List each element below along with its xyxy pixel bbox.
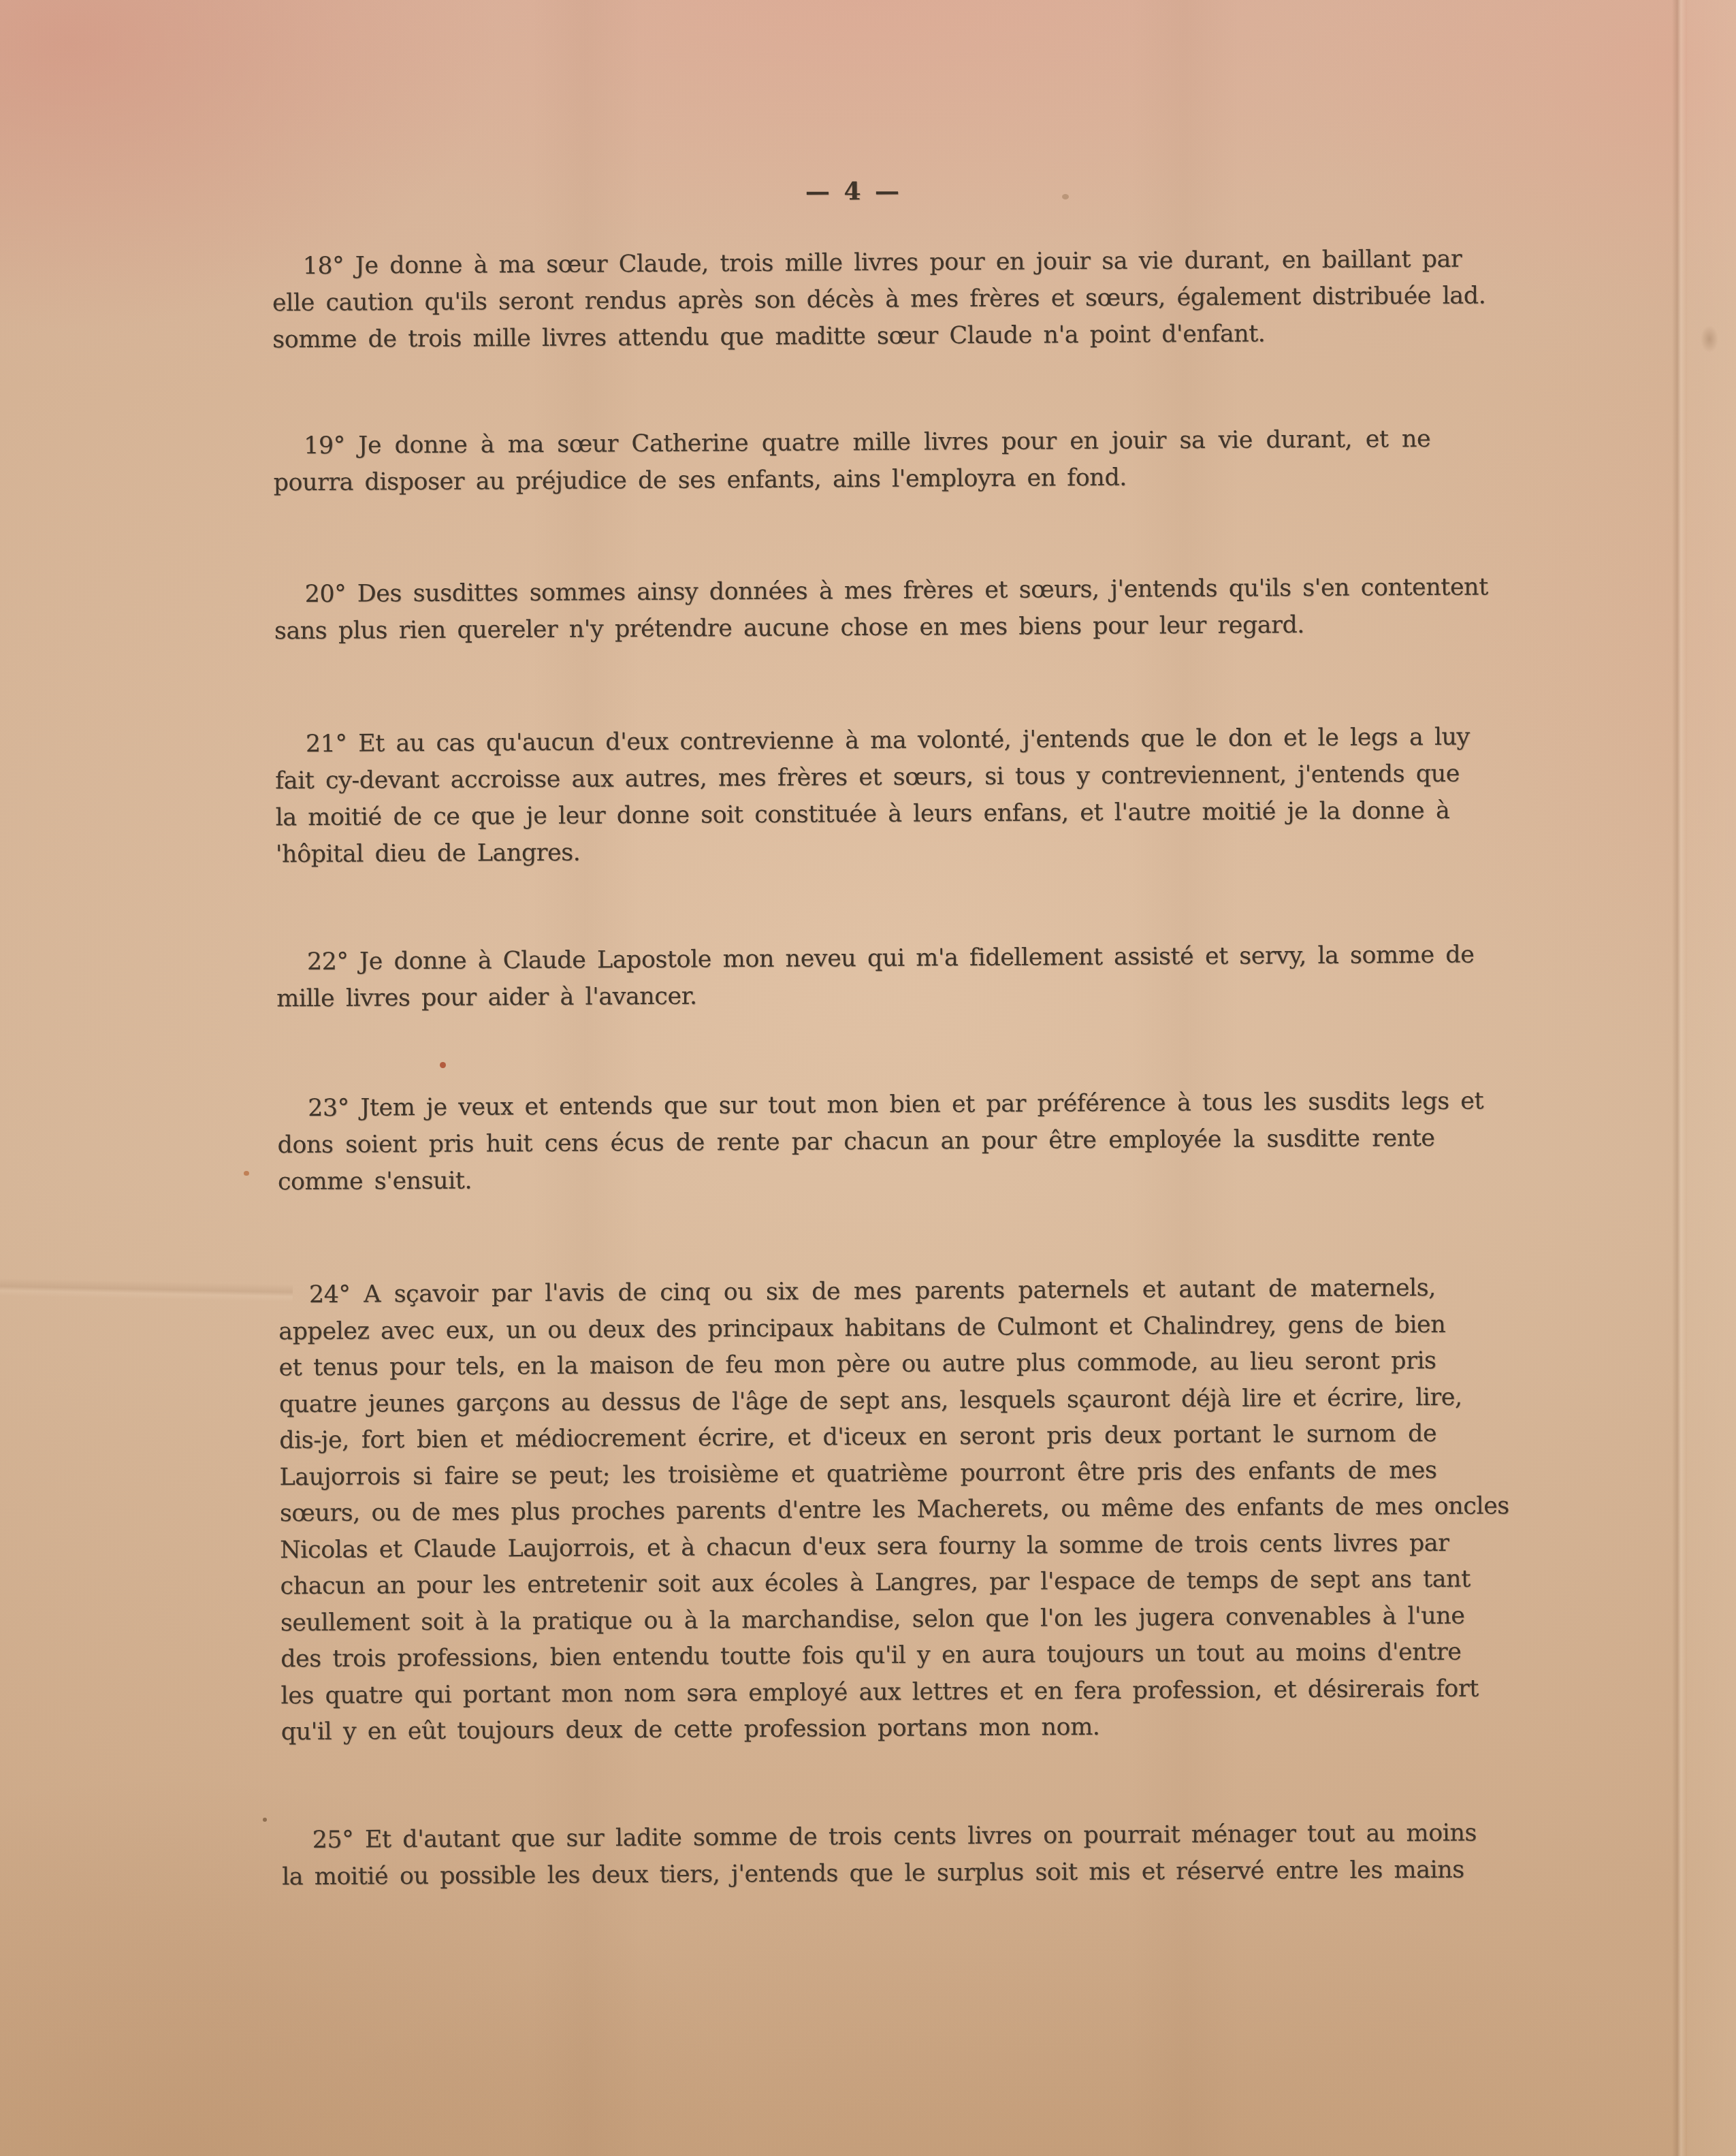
text-line: dis-je, fort bien et médiocrement écrire… [279,1416,1436,1460]
text-line: la moitié de ce que je leur donne soit c… [275,792,1432,836]
paragraph-19: 19° Je donne à ma sœur Catherine quatre … [273,421,1431,501]
text-line: qu'il y en eût toujours deux de cette pr… [281,1707,1438,1751]
text-line: 19° Je donne à ma sœur Catherine quatre … [273,421,1430,464]
text-line: sans plus rien quereler n'y prétendre au… [274,606,1432,649]
printed-text-layer: — 4 — 18° Je donne à ma sœur Claude, tro… [0,0,1736,2156]
text-line: et tenus pour tels, en la maison de feu … [278,1343,1436,1387]
paragraph-18: 18° Je donne à ma sœur Claude, trois mil… [272,241,1430,358]
text-line: chacun an pour les entretenir soit aux é… [280,1562,1437,1605]
page-number: — 4 — [0,172,1722,211]
text-line: sœurs, ou de mes plus proches parents d'… [280,1489,1437,1532]
paragraph-24: 24° A sçavoir par l'avis de cinq ou six … [278,1270,1438,1751]
text-line: 24° A sçavoir par l'avis de cinq ou six … [278,1270,1436,1314]
paragraph-23: 23° Jtem je veux et entends que sur tout… [277,1083,1435,1200]
text-line: somme de trois mille livres attendu que … [272,315,1430,358]
text-line: la moitié ou possible les deux tiers, j'… [282,1852,1439,1895]
text-line: les quatre qui portant mon nom səra empl… [280,1671,1438,1714]
text-line: dons soient pris huit cens écus de rente… [277,1120,1434,1163]
text-line: 22° Je donne à Claude Lapostole mon neve… [276,937,1434,980]
paragraph-21: 21° Et au cas qu'aucun d'eux contrevienn… [275,719,1433,873]
scanned-document-page: — 4 — 18° Je donne à ma sœur Claude, tro… [0,0,1736,2156]
paragraph-20: 20° Des susdittes sommes ainsy données à… [274,569,1432,649]
paragraph-22: 22° Je donne à Claude Lapostole mon neve… [276,937,1434,1017]
text-line: 'hôpital dieu de Langres. [276,829,1433,873]
text-line: comme s'ensuit. [278,1157,1435,1200]
text-line: des trois professions, bien entendu tout… [280,1635,1438,1678]
text-line: mille livres pour aider à l'avancer. [276,974,1434,1017]
text-line: pourra disposer au préjudice de ses enfa… [273,457,1430,501]
paragraph-25: 25° Et d'autant que sur ladite somme de … [282,1815,1440,1895]
